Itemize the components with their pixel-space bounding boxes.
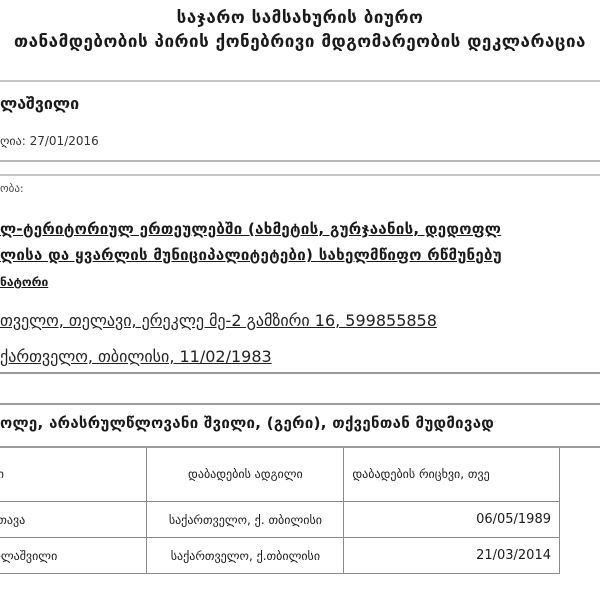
cell-birthdate: 21/03/2014 (344, 538, 560, 574)
position-box: ობა: ლ-ტერიტორიულ ერთეულებში (ახმეტის, გ… (0, 174, 600, 374)
fill-date: ღია: 27/01/2016 (0, 134, 99, 148)
table-row: შიოლაშვილი საქართველო, ქ.თბილისი 21/03/2… (0, 538, 560, 574)
position-label: ობა: (0, 182, 24, 195)
column-header-surname: გვარი (0, 447, 147, 502)
cell-birthplace: საქართველო, ქ.თბილისი (147, 538, 344, 574)
organization-line-1: ლ-ტერიტორიულ ერთეულებში (ახმეტის, გურჯაა… (0, 220, 501, 238)
cell-birthdate: 06/05/1989 (344, 502, 560, 538)
table-header-row: გვარი დაბადების ადგილი დაბადების რიცხვი,… (0, 447, 560, 502)
declaration-title: თანამდებობის პირის ქონებრივი მდგომარეობი… (0, 32, 600, 52)
column-header-birthplace: დაბადების ადგილი (147, 447, 344, 502)
fill-date-value: 27/01/2016 (30, 134, 99, 148)
official-name: ლაშვილი (0, 94, 79, 113)
column-header-birthdate: დაბადების რიცხვი, თვე (344, 447, 560, 502)
family-heading-box: ოლე, არასრულწლოვანი შვილი, (გერი), თქვენ… (0, 403, 600, 437)
birth-info: ქართველო, თბილისი, 11/02/1983 (0, 347, 272, 366)
cell-surname: შაფათავა (0, 502, 147, 538)
organization-line-2: ლისა და ყვარლის მუნიციპალიტეტები) სახელმ… (0, 246, 502, 264)
family-heading: ოლე, არასრულწლოვანი შვილი, (გერი), თქვენ… (0, 414, 494, 432)
family-table: გვარი დაბადების ადგილი დაბადების რიცხვი,… (0, 446, 560, 574)
bureau-title: საჯარო სამსახურის ბიურო (0, 8, 600, 28)
cell-birthplace: საქართველო, ქ. თბილისი (147, 502, 344, 538)
address: თველო, თელავი, ერეკლე მე-2 გამზირი 16, 5… (0, 311, 437, 330)
fill-date-label: ღია: (0, 134, 26, 148)
table-row: შაფათავა საქართველო, ქ. თბილისი 06/05/19… (0, 502, 560, 538)
table-top-rule (0, 446, 600, 448)
cell-surname: შიოლაშვილი (0, 538, 147, 574)
position-title: ნატორი (0, 275, 48, 289)
official-info-box: ლაშვილი ღია: 27/01/2016 (0, 80, 600, 162)
